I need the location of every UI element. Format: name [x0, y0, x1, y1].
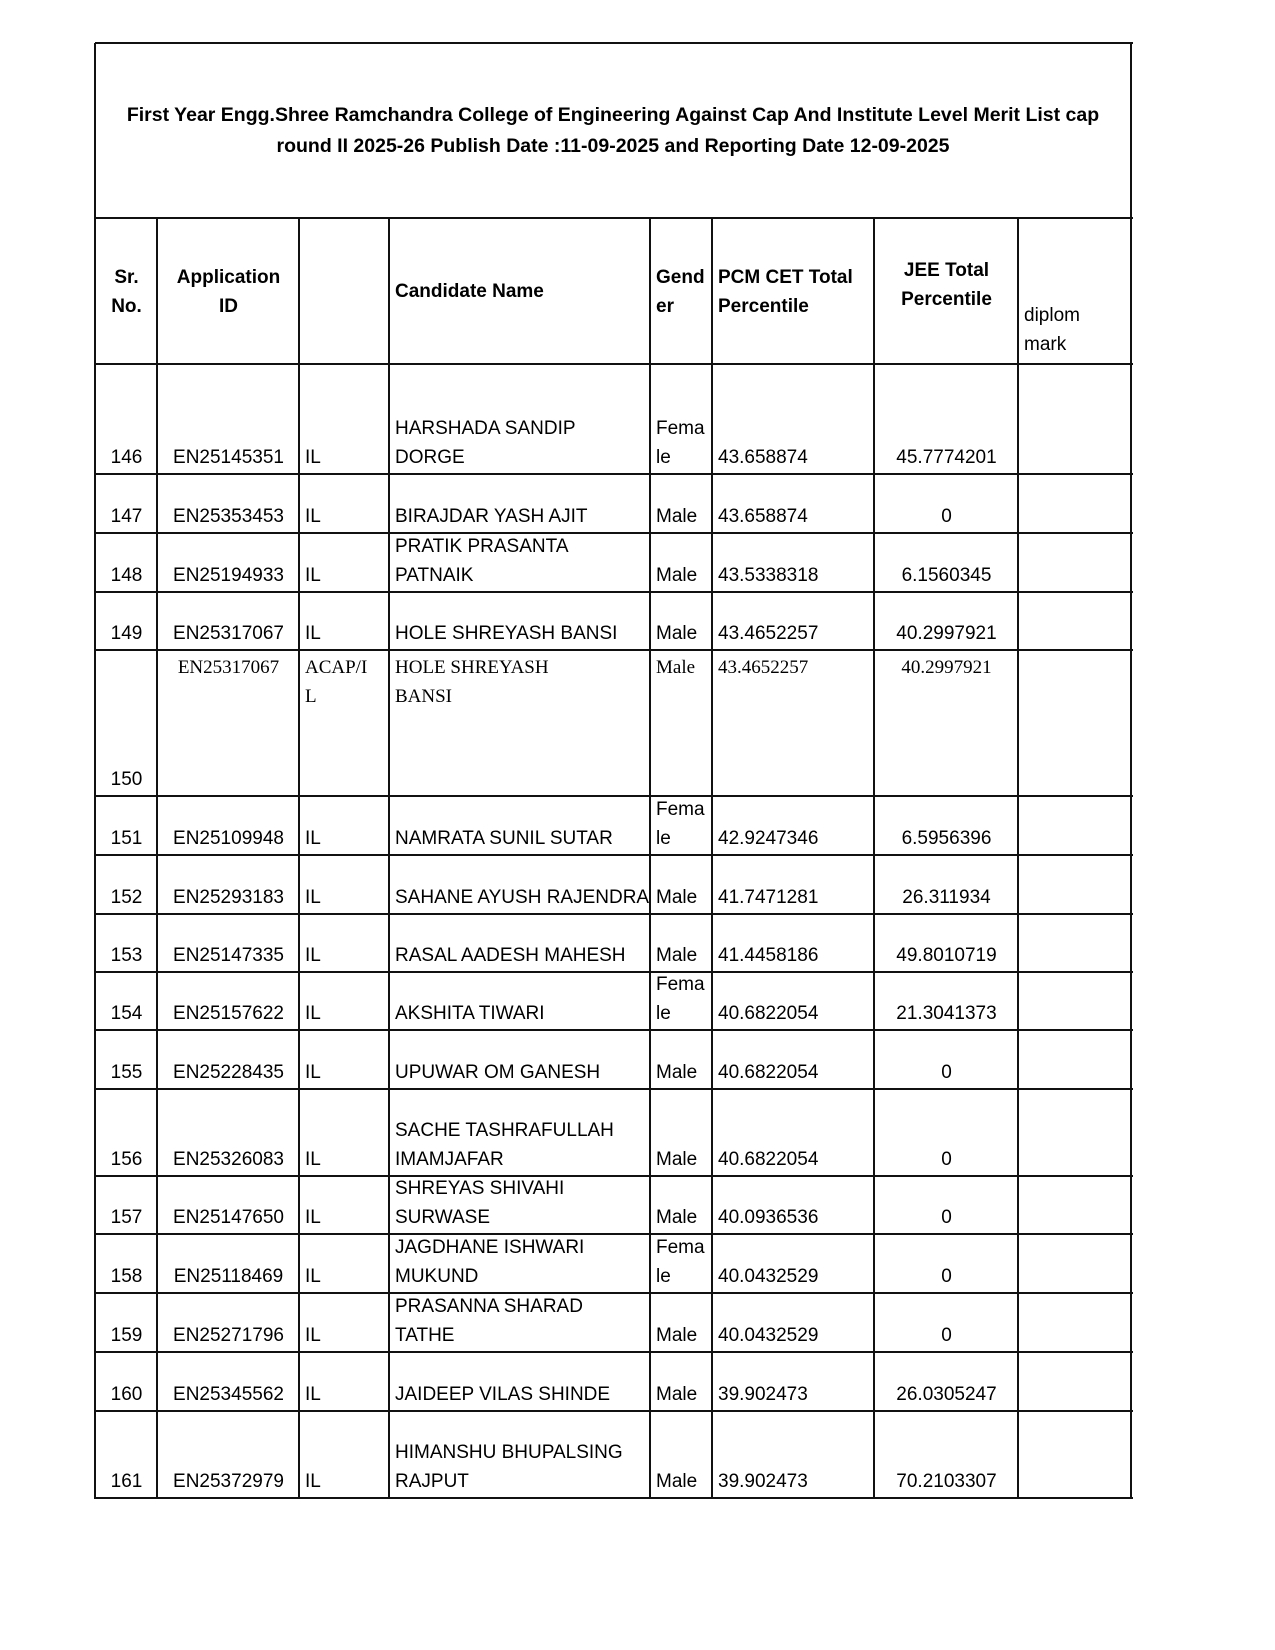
cell-text-line: Fema: [656, 974, 707, 999]
cell-text-line: 40.6822054: [718, 1145, 869, 1174]
candidate-name-cell: SAHANE AYUSH RAJENDRA: [391, 857, 649, 913]
grid-line: [94, 43, 96, 1499]
grid-line: [95, 1351, 1133, 1353]
application-id-cell: EN25109948: [159, 798, 298, 854]
cell-text-line: 155: [101, 1058, 152, 1087]
sr-no-cell: 153: [97, 916, 156, 971]
header-type: [301, 220, 388, 363]
cell-text-line: Fema: [656, 414, 707, 443]
cell-text-line: EN25109948: [163, 824, 294, 853]
cell-text-line: SACHE TASHRAFULLAH: [395, 1116, 645, 1145]
title-line-1: First Year Engg.Shree Ramchandra College…: [127, 104, 1099, 126]
cell-text-line: Male: [656, 941, 707, 970]
cell-text-line: 157: [101, 1203, 152, 1232]
cell-text-line: 70.2103307: [880, 1467, 1013, 1496]
cell-text-line: Male: [656, 1321, 707, 1350]
cell-text-line: EN25345562: [163, 1380, 294, 1409]
grid-line: [95, 1175, 1133, 1177]
cell-text-line: ID: [163, 292, 294, 321]
cell-text-line: Male: [656, 1467, 707, 1496]
cell-text-line: IL: [305, 1380, 384, 1409]
grid-line: [1017, 218, 1019, 1499]
pcm-cet-percentile-cell: 39.902473: [714, 1413, 873, 1497]
cell-text-line: PATNAIK: [395, 561, 645, 590]
application-id-cell: EN25228435: [159, 1032, 298, 1088]
grid-line: [95, 473, 1133, 475]
grid-line: [388, 218, 390, 1499]
cell-text-line: IL: [305, 1321, 384, 1350]
diploma-mark-cell: [1020, 594, 1130, 649]
cell-text-line: 6.5956396: [880, 824, 1013, 853]
cell-text-line: le: [656, 824, 707, 853]
admission-type-cell: IL: [301, 476, 388, 532]
cell-text-line: 0: [880, 1058, 1013, 1087]
diploma-mark-cell: [1020, 535, 1130, 591]
sr-no-cell: 146: [97, 366, 156, 473]
cell-text-line: JEE Total: [880, 256, 1013, 285]
cell-text-line: IL: [305, 1262, 384, 1291]
gender-cell: Male: [652, 1178, 711, 1233]
cell-text-line: IL: [305, 1203, 384, 1232]
grid-line: [95, 1497, 1133, 1499]
jee-percentile-cell: 0: [876, 1032, 1017, 1088]
cell-text-line: EN25145351: [163, 443, 294, 472]
pcm-cet-percentile-cell: 40.0936536: [714, 1178, 873, 1233]
pcm-cet-percentile-cell: 39.902473: [714, 1354, 873, 1410]
admission-type-cell: IL: [301, 535, 388, 591]
cell-text-line: 0: [880, 1145, 1013, 1174]
sr-no-cell: 150: [97, 652, 156, 795]
cell-text-line: Male: [656, 883, 707, 912]
admission-type-cell: IL: [301, 1413, 388, 1497]
cell-text-line: er: [656, 292, 707, 321]
gender-cell: Male: [652, 1032, 711, 1088]
cell-text-line: IL: [305, 1467, 384, 1496]
grid-line: [649, 218, 651, 1499]
cell-text-line: BIRAJDAR YASH AJIT: [395, 502, 645, 531]
cell-text-line: Male: [656, 1380, 707, 1409]
admission-type-cell: IL: [301, 974, 388, 1029]
cell-text-line: 150: [101, 765, 152, 794]
cell-text-line: EN25157622: [163, 999, 294, 1028]
candidate-name-cell: SACHE TASHRAFULLAHIMAMJAFAR: [391, 1091, 649, 1175]
candidate-name-cell: PRATIK PRASANTAPATNAIK: [391, 535, 649, 591]
grid-line: [1130, 43, 1132, 1499]
diploma-mark-cell: [1020, 1178, 1130, 1233]
admission-type-cell: ACAP/IL: [301, 652, 388, 795]
diploma-mark-cell: [1020, 1354, 1130, 1410]
application-id-cell: EN25317067: [159, 594, 298, 649]
grid-line: [95, 1029, 1133, 1031]
gender-cell: Male: [652, 476, 711, 532]
cell-text-line: 43.4652257: [718, 653, 869, 682]
candidate-name-cell: HARSHADA SANDIPDORGE: [391, 366, 649, 473]
sr-no-cell: 148: [97, 535, 156, 591]
grid-line: [298, 218, 300, 1499]
application-id-cell: EN25372979: [159, 1413, 298, 1497]
cell-text-line: 160: [101, 1380, 152, 1409]
cell-text-line: Fema: [656, 798, 707, 824]
candidate-name-cell: SHREYAS SHIVAHISURWASE: [391, 1178, 649, 1233]
diploma-mark-cell: [1020, 857, 1130, 913]
diploma-mark-cell: [1020, 476, 1130, 532]
gender-cell: Female: [652, 1236, 711, 1292]
cell-text-line: PCM CET Total: [718, 263, 869, 292]
admission-type-cell: IL: [301, 1032, 388, 1088]
cell-text-line: EN25293183: [163, 883, 294, 912]
candidate-name-cell: JAGDHANE ISHWARIMUKUND: [391, 1236, 649, 1292]
cell-text-line: HIMANSHU BHUPALSING: [395, 1438, 645, 1467]
admission-type-cell: IL: [301, 594, 388, 649]
jee-percentile-cell: 6.5956396: [876, 798, 1017, 854]
admission-type-cell: IL: [301, 366, 388, 473]
cell-text-line: JAGDHANE ISHWARI: [395, 1236, 645, 1262]
application-id-cell: EN25147650: [159, 1178, 298, 1233]
cell-text-line: EN25228435: [163, 1058, 294, 1087]
candidate-name-cell: JAIDEEP VILAS SHINDE: [391, 1354, 649, 1410]
cell-text-line: NAMRATA SUNIL SUTAR: [395, 824, 645, 853]
jee-percentile-cell: 0: [876, 476, 1017, 532]
admission-type-cell: IL: [301, 1178, 388, 1233]
candidate-name-cell: UPUWAR OM GANESH: [391, 1032, 649, 1088]
cell-text-line: 45.7774201: [880, 443, 1013, 472]
cell-text-line: IL: [305, 1145, 384, 1174]
merit-list-sheet: First Year Engg.Shree Ramchandra College…: [95, 43, 1131, 1498]
sr-no-cell: 154: [97, 974, 156, 1029]
cell-text-line: EN25118469: [163, 1262, 294, 1291]
grid-line: [95, 854, 1133, 856]
jee-percentile-cell: 26.0305247: [876, 1354, 1017, 1410]
grid-line: [95, 1233, 1133, 1235]
cell-text-line: 43.658874: [718, 502, 869, 531]
application-id-cell: EN25118469: [159, 1236, 298, 1292]
pcm-cet-percentile-cell: 41.7471281: [714, 857, 873, 913]
jee-percentile-cell: 0: [876, 1295, 1017, 1351]
cell-text-line: 147: [101, 502, 152, 531]
cell-text-line: 154: [101, 999, 152, 1028]
pcm-cet-percentile-cell: 40.0432529: [714, 1295, 873, 1351]
cell-text-line: le: [656, 999, 707, 1028]
jee-percentile-cell: 49.8010719: [876, 916, 1017, 971]
cell-text-line: TATHE: [395, 1321, 645, 1350]
title-line-2: round II 2025-26 Publish Date :11-09-202…: [277, 135, 950, 157]
jee-percentile-cell: 70.2103307: [876, 1413, 1017, 1497]
sr-no-cell: 161: [97, 1413, 156, 1497]
cell-text-line: RAJPUT: [395, 1467, 645, 1496]
sr-no-cell: 157: [97, 1178, 156, 1233]
gender-cell: Male: [652, 594, 711, 649]
cell-text-line: Male: [656, 561, 707, 590]
gender-cell: Female: [652, 798, 711, 854]
gender-cell: Female: [652, 366, 711, 473]
cell-text-line: PRATIK PRASANTA: [395, 535, 645, 561]
gender-cell: Male: [652, 1413, 711, 1497]
sr-no-cell: 147: [97, 476, 156, 532]
cell-text-line: 156: [101, 1145, 152, 1174]
cell-text-line: IL: [305, 941, 384, 970]
cell-text-line: IL: [305, 824, 384, 853]
header-diploma-mark: diplommark: [1020, 220, 1130, 363]
application-id-cell: EN25345562: [159, 1354, 298, 1410]
cell-text-line: IL: [305, 443, 384, 472]
grid-line: [95, 42, 1133, 44]
jee-percentile-cell: 6.1560345: [876, 535, 1017, 591]
sr-no-cell: 152: [97, 857, 156, 913]
cell-text-line: 148: [101, 561, 152, 590]
grid-line: [95, 363, 1133, 365]
admission-type-cell: IL: [301, 798, 388, 854]
header-candidate-name: Candidate Name: [391, 220, 649, 363]
gender-cell: Male: [652, 535, 711, 591]
gender-cell: Male: [652, 652, 711, 795]
pcm-cet-percentile-cell: 40.0432529: [714, 1236, 873, 1292]
cell-text-line: Percentile: [718, 292, 869, 321]
pcm-cet-percentile-cell: 40.6822054: [714, 1032, 873, 1088]
cell-text-line: 40.0936536: [718, 1203, 869, 1232]
cell-text-line: 43.4652257: [718, 619, 869, 648]
cell-text-line: 42.9247346: [718, 824, 869, 853]
gender-cell: Female: [652, 974, 711, 1029]
cell-text-line: 40.2997921: [880, 653, 1013, 682]
cell-text-line: le: [656, 443, 707, 472]
admission-type-cell: IL: [301, 916, 388, 971]
cell-text-line: Sr.: [101, 263, 152, 292]
cell-text-line: 0: [880, 1321, 1013, 1350]
sr-no-cell: 151: [97, 798, 156, 854]
cell-text-line: AKSHITA TIWARI: [395, 999, 645, 1028]
grid-line: [95, 591, 1133, 593]
pcm-cet-percentile-cell: 43.658874: [714, 476, 873, 532]
diploma-mark-cell: [1020, 366, 1130, 473]
gender-cell: Male: [652, 916, 711, 971]
cell-text-line: 161: [101, 1467, 152, 1496]
jee-percentile-cell: 40.2997921: [876, 594, 1017, 649]
cell-text-line: Male: [656, 619, 707, 648]
cell-text-line: SHREYAS SHIVAHI: [395, 1178, 645, 1203]
cell-text-line: JAIDEEP VILAS SHINDE: [395, 1380, 645, 1409]
cell-text-line: 149: [101, 619, 152, 648]
admission-type-cell: IL: [301, 1354, 388, 1410]
candidate-name-cell: HOLE SHREYASHBANSI: [391, 652, 649, 795]
cell-text-line: L: [305, 682, 384, 711]
cell-text-line: Application: [163, 263, 294, 292]
grid-line: [95, 1292, 1133, 1294]
application-id-cell: EN25157622: [159, 974, 298, 1029]
pcm-cet-percentile-cell: 43.4652257: [714, 594, 873, 649]
cell-text-line: 43.5338318: [718, 561, 869, 590]
application-id-cell: EN25271796: [159, 1295, 298, 1351]
cell-text-line: 152: [101, 883, 152, 912]
cell-text-line: 153: [101, 941, 152, 970]
pcm-cet-percentile-cell: 40.6822054: [714, 974, 873, 1029]
cell-text-line: 49.8010719: [880, 941, 1013, 970]
gender-cell: Male: [652, 1091, 711, 1175]
header-pcm-cet-percentile: PCM CET TotalPercentile: [714, 220, 873, 363]
jee-percentile-cell: 40.2997921: [876, 652, 1017, 795]
jee-percentile-cell: 0: [876, 1236, 1017, 1292]
cell-text-line: diplom: [1024, 301, 1126, 330]
cell-text-line: EN25194933: [163, 561, 294, 590]
cell-text-line: 0: [880, 1203, 1013, 1232]
application-id-cell: EN25145351: [159, 366, 298, 473]
sr-no-cell: 158: [97, 1236, 156, 1292]
sr-no-cell: 155: [97, 1032, 156, 1088]
admission-type-cell: IL: [301, 1295, 388, 1351]
diploma-mark-cell: [1020, 652, 1130, 795]
cell-text-line: 40.0432529: [718, 1321, 869, 1350]
jee-percentile-cell: 0: [876, 1178, 1017, 1233]
diploma-mark-cell: [1020, 974, 1130, 1029]
grid-line: [95, 217, 1133, 219]
cell-text-line: 39.902473: [718, 1380, 869, 1409]
cell-text-line: MUKUND: [395, 1262, 645, 1291]
gender-cell: Male: [652, 1295, 711, 1351]
cell-text-line: EN25372979: [163, 1467, 294, 1496]
cell-text-line: EN25147650: [163, 1203, 294, 1232]
cell-text-line: IL: [305, 1058, 384, 1087]
cell-text-line: IL: [305, 999, 384, 1028]
pcm-cet-percentile-cell: 43.5338318: [714, 535, 873, 591]
pcm-cet-percentile-cell: 40.6822054: [714, 1091, 873, 1175]
candidate-name-cell: HIMANSHU BHUPALSINGRAJPUT: [391, 1413, 649, 1497]
cell-text-line: 158: [101, 1262, 152, 1291]
cell-text-line: 0: [880, 502, 1013, 531]
jee-percentile-cell: 45.7774201: [876, 366, 1017, 473]
cell-text-line: Fema: [656, 1236, 707, 1262]
diploma-mark-cell: [1020, 1091, 1130, 1175]
cell-text-line: 41.4458186: [718, 941, 869, 970]
sr-no-cell: 149: [97, 594, 156, 649]
application-id-cell: EN25326083: [159, 1091, 298, 1175]
cell-text-line: IL: [305, 561, 384, 590]
cell-text-line: EN25147335: [163, 941, 294, 970]
cell-text-line: 21.3041373: [880, 999, 1013, 1028]
diploma-mark-cell: [1020, 1413, 1130, 1497]
header-application-id: ApplicationID: [159, 220, 298, 363]
application-id-cell: EN25353453: [159, 476, 298, 532]
pcm-cet-percentile-cell: 41.4458186: [714, 916, 873, 971]
grid-line: [95, 795, 1133, 797]
grid-line: [95, 1088, 1133, 1090]
cell-text-line: SURWASE: [395, 1203, 645, 1232]
cell-text-line: Gend: [656, 263, 707, 292]
diploma-mark-cell: [1020, 1295, 1130, 1351]
cell-text-line: EN25271796: [163, 1321, 294, 1350]
grid-line: [95, 532, 1133, 534]
admission-type-cell: IL: [301, 1091, 388, 1175]
cell-text-line: EN25326083: [163, 1145, 294, 1174]
application-id-cell: EN25317067: [159, 652, 298, 795]
application-id-cell: EN25194933: [159, 535, 298, 591]
sr-no-cell: 156: [97, 1091, 156, 1175]
cell-text-line: EN25317067: [163, 653, 294, 682]
cell-text-line: IMAMJAFAR: [395, 1145, 645, 1174]
application-id-cell: EN25293183: [159, 857, 298, 913]
cell-text-line: 151: [101, 824, 152, 853]
cell-text-line: RASAL AADESH MAHESH: [395, 941, 645, 970]
jee-percentile-cell: 21.3041373: [876, 974, 1017, 1029]
candidate-name-cell: AKSHITA TIWARI: [391, 974, 649, 1029]
jee-percentile-cell: 0: [876, 1091, 1017, 1175]
cell-text-line: EN25353453: [163, 502, 294, 531]
grid-line: [95, 1410, 1133, 1412]
cell-text-line: IL: [305, 502, 384, 531]
cell-text-line: SAHANE AYUSH RAJENDRA: [395, 883, 645, 912]
admission-type-cell: IL: [301, 1236, 388, 1292]
candidate-name-cell: NAMRATA SUNIL SUTAR: [391, 798, 649, 854]
diploma-mark-cell: [1020, 798, 1130, 854]
sr-no-cell: 159: [97, 1295, 156, 1351]
diploma-mark-cell: [1020, 1236, 1130, 1292]
cell-text-line: 39.902473: [718, 1467, 869, 1496]
cell-text-line: Male: [656, 653, 707, 682]
cell-text-line: 159: [101, 1321, 152, 1350]
cell-text-line: 41.7471281: [718, 883, 869, 912]
application-id-cell: EN25147335: [159, 916, 298, 971]
cell-text-line: DORGE: [395, 443, 645, 472]
cell-text-line: Male: [656, 1058, 707, 1087]
header-jee-percentile: JEE TotalPercentile: [876, 220, 1017, 363]
cell-text-line: HOLE SHREYASH BANSI: [395, 619, 645, 648]
document-title: First Year Engg.Shree Ramchandra College…: [95, 43, 1131, 218]
cell-text-line: Percentile: [880, 285, 1013, 314]
cell-text-line: PRASANNA SHARAD: [395, 1295, 645, 1321]
cell-text-line: 40.6822054: [718, 999, 869, 1028]
cell-text-line: Candidate Name: [395, 277, 645, 306]
cell-text-line: 6.1560345: [880, 561, 1013, 590]
grid-line: [95, 971, 1133, 973]
cell-text-line: Male: [656, 1145, 707, 1174]
grid-line: [711, 218, 713, 1499]
diploma-mark-cell: [1020, 916, 1130, 971]
grid-line: [95, 913, 1133, 915]
cell-text-line: 146: [101, 443, 152, 472]
candidate-name-cell: HOLE SHREYASH BANSI: [391, 594, 649, 649]
pcm-cet-percentile-cell: 43.658874: [714, 366, 873, 473]
pcm-cet-percentile-cell: 42.9247346: [714, 798, 873, 854]
gender-cell: Male: [652, 1354, 711, 1410]
cell-text-line: EN25317067: [163, 619, 294, 648]
cell-text-line: HARSHADA SANDIP: [395, 414, 645, 443]
cell-text-line: BANSI: [395, 682, 645, 711]
cell-text-line: 40.6822054: [718, 1058, 869, 1087]
grid-line: [156, 218, 158, 1499]
grid-line: [95, 649, 1133, 651]
gender-cell: Male: [652, 857, 711, 913]
grid-line: [873, 218, 875, 1499]
cell-text-line: ACAP/I: [305, 653, 384, 682]
candidate-name-cell: RASAL AADESH MAHESH: [391, 916, 649, 971]
diploma-mark-cell: [1020, 1032, 1130, 1088]
cell-text-line: IL: [305, 619, 384, 648]
pcm-cet-percentile-cell: 43.4652257: [714, 652, 873, 795]
cell-text-line: HOLE SHREYASH: [395, 653, 645, 682]
cell-text-line: UPUWAR OM GANESH: [395, 1058, 645, 1087]
cell-text-line: mark: [1024, 330, 1126, 359]
cell-text-line: No.: [101, 292, 152, 321]
cell-text-line: 26.311934: [880, 883, 1013, 912]
jee-percentile-cell: 26.311934: [876, 857, 1017, 913]
candidate-name-cell: BIRAJDAR YASH AJIT: [391, 476, 649, 532]
cell-text-line: 40.2997921: [880, 619, 1013, 648]
cell-text-line: Male: [656, 1203, 707, 1232]
cell-text-line: 26.0305247: [880, 1380, 1013, 1409]
candidate-name-cell: PRASANNA SHARADTATHE: [391, 1295, 649, 1351]
admission-type-cell: IL: [301, 857, 388, 913]
cell-text-line: 40.0432529: [718, 1262, 869, 1291]
sr-no-cell: 160: [97, 1354, 156, 1410]
header-gender: Gender: [652, 220, 711, 363]
